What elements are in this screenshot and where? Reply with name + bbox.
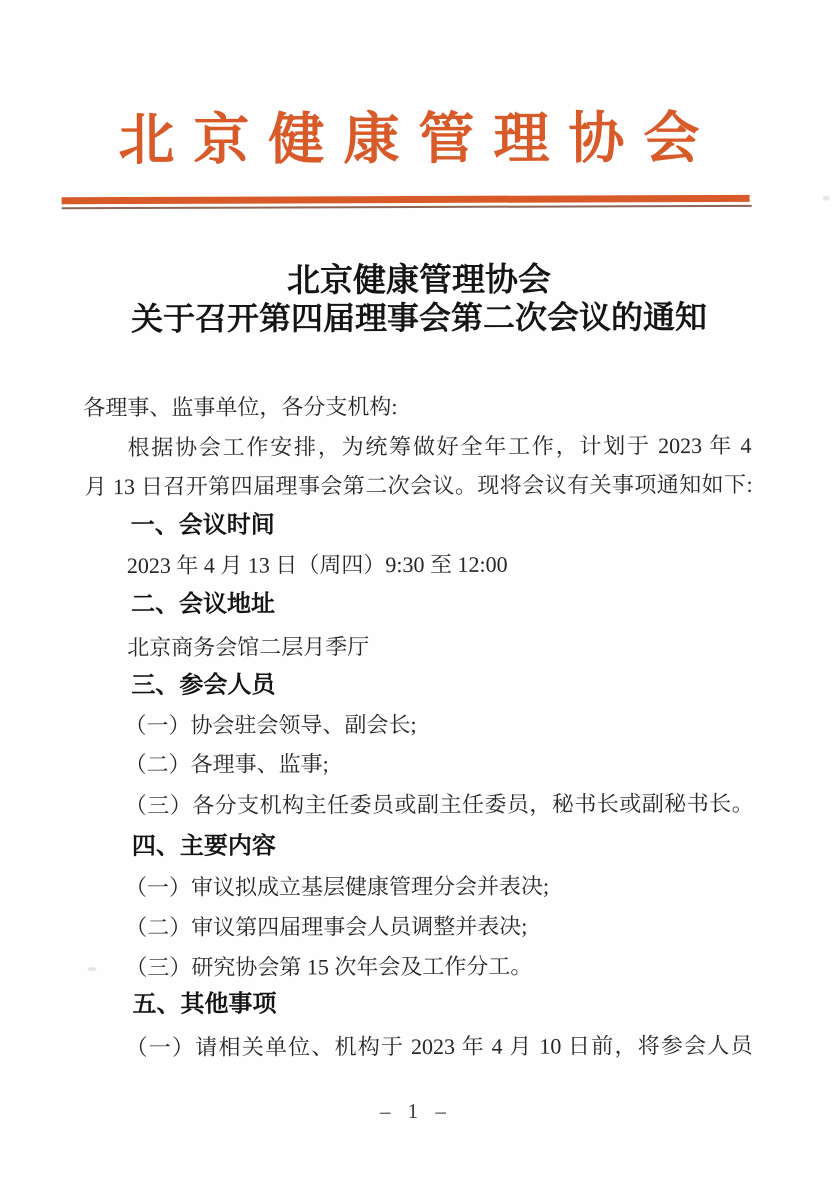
scanned-notice-page: 北京健康管理协会 北京健康管理协会 关于召开第四届理事会第二次会议的通知 各理事…	[0, 0, 840, 1187]
document-title-line-1: 北京健康管理协会	[0, 262, 839, 298]
letterhead-rule-thin	[62, 205, 752, 209]
intro-line-1: 根据协会工作安排，为统筹做好全年工作，计划于 2023 年 4	[127, 432, 751, 466]
page-number: – 1 –	[2, 1100, 830, 1124]
scan-layer: 北京健康管理协会 北京健康管理协会 关于召开第四届理事会第二次会议的通知 各理事…	[0, 0, 840, 1187]
scan-speck	[87, 967, 96, 971]
attendee-item-3: （三）各分支机构主任委员或副主任委员，秘书长或副秘书长。	[125, 790, 754, 824]
attendee-item-2: （二）各理事、监事;	[125, 750, 329, 779]
agenda-item-3: （三）研究协会第 15 次年会及工作分工。	[125, 953, 532, 983]
section-5-heading: 五、其他事项	[132, 991, 276, 1020]
section-3-heading: 三、参会人员	[131, 672, 275, 701]
meeting-time-line: 2023 年 4 月 13 日（周四）9:30 至 12:00	[127, 551, 508, 581]
salutation-line: 各理事、监事单位，各分支机构:	[83, 393, 397, 423]
agenda-item-1: （一）审议拟成立基层健康管理分会并表决;	[125, 873, 549, 903]
letterhead-rule-thick	[62, 195, 750, 204]
section-1-heading: 一、会议时间	[131, 512, 275, 541]
intro-line-2: 月 13 日召开第四届理事会第二次会议。现将会议有关事项通知如下:	[85, 471, 753, 505]
document-title-line-2: 关于召开第四届理事会第二次会议的通知	[0, 301, 839, 336]
meeting-venue-line: 北京商务会馆二层月季厅	[127, 633, 369, 662]
other-item-1: （一）请相关单位、机构于 2023 年 4 月 10 日前，将参会人员	[126, 1032, 753, 1066]
section-2-heading: 二、会议地址	[131, 591, 275, 620]
section-4-heading: 四、主要内容	[132, 833, 276, 862]
agenda-item-2: （二）审议第四届理事会人员调整并表决;	[125, 913, 527, 943]
letterhead-org-name: 北京健康管理协会	[0, 111, 839, 170]
attendee-item-1: （一）协会驻会领导、副会长;	[124, 711, 416, 741]
scan-speck	[823, 196, 830, 201]
